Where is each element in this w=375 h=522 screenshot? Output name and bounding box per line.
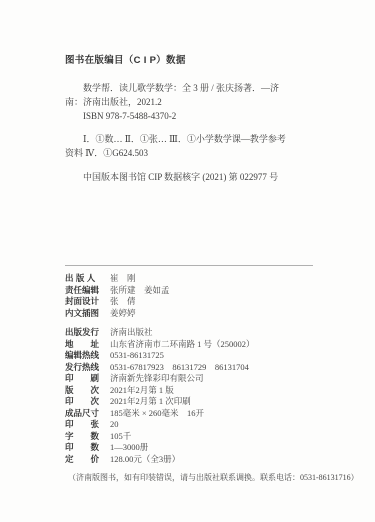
- row-label: 编辑热线: [65, 350, 101, 362]
- row-value: 山东省济南市二环南路 1 号（250002）: [110, 339, 255, 351]
- row-value: 张 倩: [110, 296, 136, 308]
- credits-row: 内文插图 姜婷婷: [65, 308, 170, 320]
- copyright-page: 图书在版编目（C I P）数据 数学帮．读儿歌学数学：全 3 册 / 张庆扬著．…: [0, 0, 375, 522]
- credits-row: 出 版 人 崔 刚: [65, 273, 170, 285]
- row-value: 1—3000册: [110, 442, 148, 454]
- classification-line: 资料 Ⅳ．①G624.503: [65, 146, 319, 160]
- row-label: 封面设计: [65, 296, 101, 308]
- row-label: 字 数: [65, 431, 101, 443]
- row-value: 0531-86131725: [110, 350, 164, 362]
- publishing-row: 印 次 2021年2月第 1 次印刷: [65, 396, 255, 408]
- row-label: 地 址: [65, 339, 101, 351]
- credits-row: 封面设计 张 倩: [65, 296, 170, 308]
- isbn-line: ISBN 978-7-5488-4370-2: [65, 109, 319, 123]
- credits-row: 责任编辑 张所建 姜如孟: [65, 285, 170, 297]
- row-label: 印 刷: [65, 373, 101, 385]
- publishing-row: 版 次 2021年2月第 1 版: [65, 385, 255, 397]
- row-label: 定 价: [65, 454, 101, 466]
- row-value: 185毫米 × 260毫米 16开: [110, 408, 204, 420]
- publishing-row: 印 刷 济南新先锋彩印有限公司: [65, 373, 255, 385]
- row-label: 印 次: [65, 396, 101, 408]
- row-value: 2021年2月第 1 版: [110, 385, 174, 397]
- row-label: 责任编辑: [65, 285, 101, 297]
- row-value: 0531-67817923 86131729 86131704: [110, 362, 249, 374]
- row-value: 2021年2月第 1 次印刷: [110, 396, 191, 408]
- row-label: 版 次: [65, 385, 101, 397]
- section-divider: [65, 265, 313, 266]
- publishing-row: 发行热线 0531-67817923 86131729 86131704: [65, 362, 255, 374]
- cip-entry-line: 数学帮．读儿歌学数学：全 3 册 / 张庆扬著．—济: [65, 81, 319, 95]
- cip-header: 图书在版编目（C I P）数据: [65, 54, 319, 68]
- row-value: 张所建 姜如孟: [110, 285, 170, 297]
- publishing-row: 印 数 1—3000册: [65, 442, 255, 454]
- row-value: 济南新先锋彩印有限公司: [110, 373, 204, 385]
- row-label: 印 张: [65, 419, 101, 431]
- publishing-block: 出版发行 济南出版社 地 址 山东省济南市二环南路 1 号（250002） 编辑…: [65, 327, 255, 465]
- credits-block: 出 版 人 崔 刚 责任编辑 张所建 姜如孟 封面设计 张 倩 内文插图 姜婷婷: [65, 273, 170, 319]
- row-label: 成品尺寸: [65, 408, 101, 420]
- publishing-row: 成品尺寸 185毫米 × 260毫米 16开: [65, 408, 255, 420]
- cip-block: 图书在版编目（C I P）数据 数学帮．读儿歌学数学：全 3 册 / 张庆扬著．…: [65, 54, 319, 184]
- row-label: 印 数: [65, 442, 101, 454]
- publishing-row: 编辑热线 0531-86131725: [65, 350, 255, 362]
- row-value: 20: [110, 419, 119, 431]
- cip-classification: Ⅰ．①数… Ⅱ．①张… Ⅲ．①小学数学课—教学参考 资料 Ⅳ．①G624.503: [65, 132, 319, 160]
- classification-line: Ⅰ．①数… Ⅱ．①张… Ⅲ．①小学数学课—教学参考: [65, 132, 319, 146]
- exchange-notice: （济南版图书，如有印装错误，请与出版社联系调换。联系电话：0531-861317…: [68, 472, 361, 483]
- row-value: 济南出版社: [110, 327, 153, 339]
- row-label: 发行热线: [65, 362, 101, 374]
- row-label: 内文插图: [65, 308, 101, 320]
- cip-record-number: 中国版本图书馆 CIP 数据核字 (2021) 第 022977 号: [65, 170, 319, 184]
- publishing-row: 地 址 山东省济南市二环南路 1 号（250002）: [65, 339, 255, 351]
- cip-entry-line: 南：济南出版社，2021.2: [65, 95, 319, 109]
- publishing-row: 出版发行 济南出版社: [65, 327, 255, 339]
- row-label: 出版发行: [65, 327, 101, 339]
- row-value: 128.00元（全3册）: [110, 454, 180, 466]
- row-label: 出 版 人: [65, 273, 101, 285]
- row-value: 崔 刚: [110, 273, 136, 285]
- row-value: 105千: [110, 431, 131, 443]
- publishing-row: 定 价 128.00元（全3册）: [65, 454, 255, 466]
- publishing-row: 字 数 105千: [65, 431, 255, 443]
- cip-entry: 数学帮．读儿歌学数学：全 3 册 / 张庆扬著．—济 南：济南出版社，2021.…: [65, 81, 319, 123]
- publishing-row: 印 张 20: [65, 419, 255, 431]
- row-value: 姜婷婷: [110, 308, 136, 320]
